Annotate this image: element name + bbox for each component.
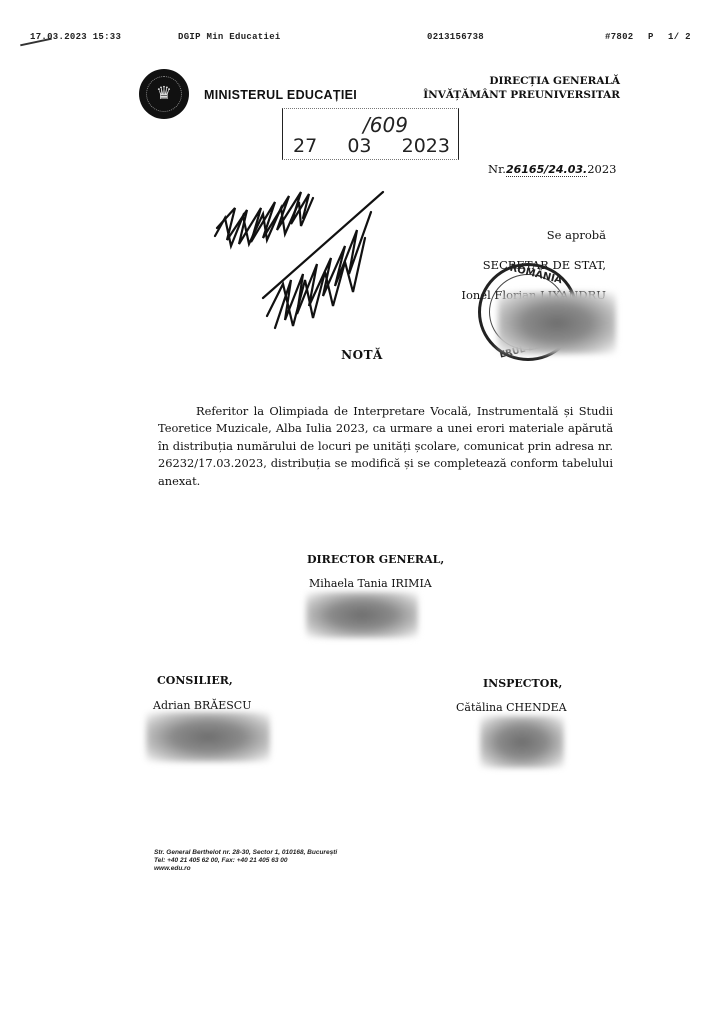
fax-datetime: 17.03.2023 15:33	[30, 32, 121, 42]
redacted-signature-director	[306, 592, 418, 638]
inspector-name: Cătălina CHENDEA	[456, 701, 567, 714]
directorate-line-2: ÎNVĂȚĂMÂNT PREUNIVERSITAR	[423, 88, 620, 102]
footer-contact: Str. General Berthelot nr. 28-30, Sector…	[154, 849, 337, 873]
inspector-title: INSPECTOR,	[483, 677, 562, 690]
fax-page-number: 1/ 2	[668, 32, 691, 42]
crossed-out-scribble	[205, 188, 395, 338]
reference-prefix: Nr.	[488, 162, 506, 176]
fax-phone: 0213156738	[427, 32, 484, 42]
directorate-heading: DIRECȚIA GENERALĂ ÎNVĂȚĂMÂNT PREUNIVERSI…	[423, 74, 620, 102]
registration-month: 03	[347, 135, 371, 157]
registration-stamp: /609 27 03 2023	[282, 108, 459, 160]
fax-page-label: P	[648, 32, 654, 42]
coat-of-arms-icon: ♛	[139, 69, 189, 119]
reference-number: Nr.26165/24.03.2023	[488, 162, 617, 176]
consilier-title: CONSILIER,	[157, 674, 233, 687]
director-title: DIRECTOR GENERAL,	[307, 553, 444, 566]
footer-website: www.edu.ro	[154, 865, 337, 873]
registration-number: /609	[363, 113, 408, 137]
directorate-line-1: DIRECȚIA GENERALĂ	[423, 74, 620, 88]
reference-year: 2023	[587, 162, 616, 176]
fax-sender: DGIP Min Educatiei	[178, 32, 281, 42]
footer-address: Str. General Berthelot nr. 28-30, Sector…	[154, 849, 337, 857]
registration-day: 27	[293, 135, 317, 157]
redacted-signature-inspector	[480, 716, 564, 768]
consilier-name: Adrian BRĂESCU	[153, 699, 251, 712]
document-title: NOTĂ	[0, 348, 724, 362]
redacted-signature-consilier	[146, 712, 270, 762]
ministry-name: MINISTERUL EDUCAȚIEI	[204, 88, 357, 102]
registration-year: 2023	[402, 135, 450, 157]
registration-date: 27 03 2023	[293, 135, 458, 157]
director-name: Mihaela Tania IRIMIA	[309, 577, 432, 590]
fax-job-number: #7802	[605, 32, 634, 42]
redacted-signature-secretary	[498, 292, 616, 354]
document-body: Referitor la Olimpiada de Interpretare V…	[158, 403, 613, 490]
body-paragraph: Referitor la Olimpiada de Interpretare V…	[158, 403, 613, 490]
footer-phone-fax: Tel: +40 21 405 62 00, Fax: +40 21 405 6…	[154, 857, 337, 865]
approval-text: Se aprobă	[461, 220, 606, 250]
eagle-icon: ♛	[146, 76, 182, 112]
reference-handwritten: 26165/24.03.	[506, 163, 587, 177]
